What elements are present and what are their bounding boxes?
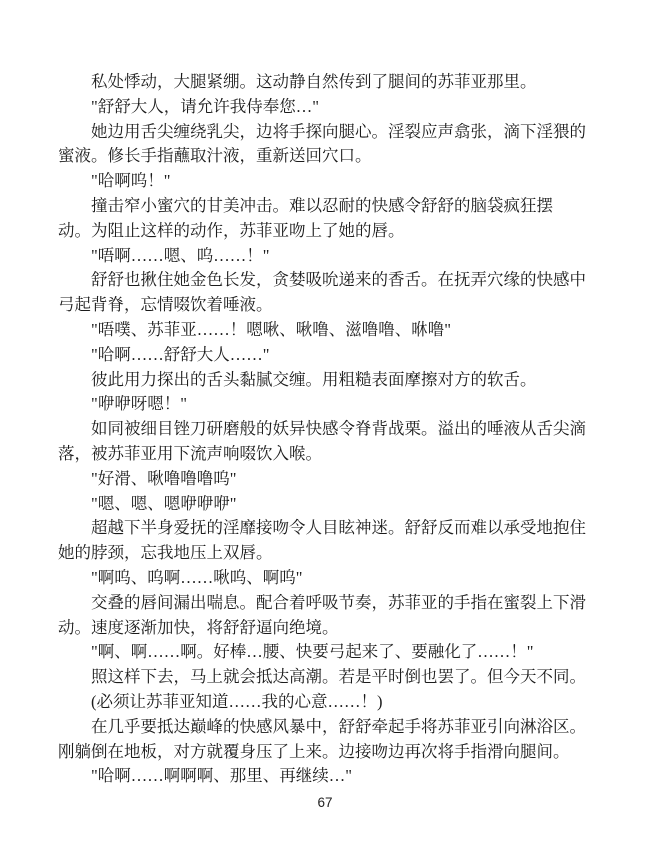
text-line: 舒舒也揪住她金色长发，贪婪吸吮递来的香舌。在抚弄穴缘的快感中	[58, 268, 596, 293]
text-line: 在几乎要抵达巅峰的快感风暴中，舒舒牵起手将苏菲亚引向淋浴区。	[58, 715, 596, 740]
text-line: 彼此用力探出的舌头黏腻交缠。用粗糙表面摩擦对方的软舌。	[58, 368, 596, 393]
text-line: "好滑、啾噜噜噜呜"	[58, 467, 596, 492]
text-line: 刚躺倒在地板，对方就覆身压了上来。边接吻边再次将手指滑向腿间。	[58, 740, 596, 765]
text-line: 如同被细目锉刀研磨般的妖异快感令脊背战栗。溢出的唾液从舌尖滴	[58, 417, 596, 442]
text-line: 照这样下去，马上就会抵达高潮。若是平时倒也罢了。但今天不同。	[58, 665, 596, 690]
document-page: 私处悸动，大腿紧绷。这动静自然传到了腿间的苏菲亚那里。"舒舒大人，请允许我侍奉您…	[0, 0, 650, 850]
text-line: "咿咿呀嗯！"	[58, 392, 596, 417]
text-line: 蜜液。修长手指蘸取汁液，重新送回穴口。	[58, 144, 596, 169]
text-line: "唔啊……嗯、呜……！"	[58, 244, 596, 269]
page-number: 67	[0, 795, 650, 810]
text-line: "啊、啊……啊。好棒…腰、快要弓起来了、要融化了……！"	[58, 640, 596, 665]
text-line: 她边用舌尖缠绕乳尖，边将手探向腿心。淫裂应声翕张，滴下淫猥的	[58, 120, 596, 145]
text-line: (必须让苏菲亚知道……我的心意……！)	[58, 690, 596, 715]
text-line: "舒舒大人，请允许我侍奉您…"	[58, 95, 596, 120]
text-block: 私处悸动，大腿紧绷。这动静自然传到了腿间的苏菲亚那里。"舒舒大人，请允许我侍奉您…	[58, 70, 596, 789]
text-line: "哈啊呜！"	[58, 169, 596, 194]
text-line: 交叠的唇间漏出喘息。配合着呼吸节奏，苏菲亚的手指在蜜裂上下滑	[58, 591, 596, 616]
text-line: 私处悸动，大腿紧绷。这动静自然传到了腿间的苏菲亚那里。	[58, 70, 596, 95]
text-line: "唔噗、苏菲亚……！嗯啾、啾噜、滋噜噜、咻噜"	[58, 318, 596, 343]
text-line: "啊呜、呜啊……啾呜、啊呜"	[58, 566, 596, 591]
text-line: "哈啊……舒舒大人……"	[58, 343, 596, 368]
text-line: 她的脖颈，忘我地压上双唇。	[58, 541, 596, 566]
text-line: 撞击窄小蜜穴的甘美冲击。难以忍耐的快感令舒舒的脑袋疯狂摆	[58, 194, 596, 219]
text-line: "嗯、嗯、嗯咿咿咿"	[58, 492, 596, 517]
text-line: 超越下半身爱抚的淫靡接吻令人目眩神迷。舒舒反而难以承受地抱住	[58, 516, 596, 541]
text-line: 动。为阻止这样的动作，苏菲亚吻上了她的唇。	[58, 219, 596, 244]
text-line: "哈啊……啊啊啊、那里、再继续…"	[58, 764, 596, 789]
text-line: 落，被苏菲亚用下流声响啜饮入喉。	[58, 442, 596, 467]
text-line: 动。速度逐渐加快，将舒舒逼向绝境。	[58, 616, 596, 641]
text-line: 弓起背脊，忘情啜饮着唾液。	[58, 293, 596, 318]
